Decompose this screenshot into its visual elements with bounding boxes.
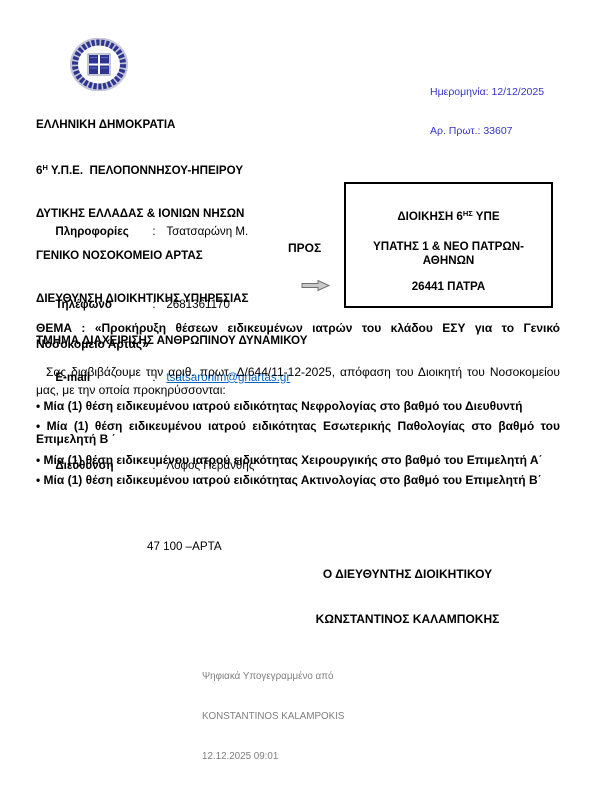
recipient-line-street: ΥΠΑΤΗΣ 1 & ΝΕΟ ΠΑΤΡΩΝ-ΑΘΗΝΩΝ xyxy=(346,240,551,268)
subject-paragraph: ΘΕΜΑ : «Προκήρυξη θέσεων ειδικευμένων ια… xyxy=(36,320,560,352)
document-page: Ημερομηνία: 12/12/2025 Αρ. Πρωτ.: 33607 … xyxy=(0,0,591,806)
signature-title: Ο ΔΙΕΥΘΥΝΤΗΣ ΔΙΟΙΚΗΤΙΚΟΥ xyxy=(255,567,560,581)
right-arrow-icon xyxy=(301,279,331,292)
protocol-number: Αρ. Πρωτ.: 33607 xyxy=(430,125,544,138)
phone-label: Τηλέφωνο xyxy=(55,298,152,313)
digital-signature-stamp: Ψηφιακά Υπογεγραμμένο από KONSTANTINOS K… xyxy=(202,644,344,789)
digital-signature-datetime: 12.12.2025 09:01 xyxy=(202,750,344,763)
signature-block: Ο ΔΙΕΥΘΥΝΤΗΣ ΔΙΟΙΚΗΤΙΚΟΥ ΚΩΝΣΤΑΝΤΙΝΟΣ ΚΑ… xyxy=(255,567,560,626)
document-date: Ημερομηνία: 12/12/2025 xyxy=(430,86,544,99)
header-line-republic: ΕΛΛΗΝΙΚΗ ΔΗΜΟΚΡΑΤΙΑ xyxy=(36,118,307,132)
position-item: Μία (1) θέση ειδικευμένου ιατρού ειδικότ… xyxy=(36,474,560,487)
postal-code: 47 100 –ΑΡΤΑ xyxy=(36,540,346,555)
recipient-address-box: ΔΙΟΙΚΗΣΗ 6ΗΣ ΥΠΕ ΥΠΑΤΗΣ 1 & ΝΕΟ ΠΑΤΡΩΝ-Α… xyxy=(344,182,553,308)
recipient-line-administration: ΔΙΟΙΚΗΣΗ 6ΗΣ ΥΠΕ xyxy=(346,207,551,224)
doc-meta: Ημερομηνία: 12/12/2025 Αρ. Πρωτ.: 33607 xyxy=(430,60,544,164)
header-line-ype: 6Η Υ.Π.Ε. ΠΕΛΟΠΟΝΝΗΣΟΥ-ΗΠΕΙΡΟΥ xyxy=(36,161,307,178)
greek-emblem-icon xyxy=(67,38,131,91)
pros-label: ΠΡΟΣ xyxy=(288,241,321,255)
position-item: Μία (1) θέση ειδικευμένου ιατρού ειδικότ… xyxy=(36,454,560,467)
signature-name: ΚΩΝΣΤΑΝΤΙΝΟΣ ΚΑΛΑΜΠΟΚΗΣ xyxy=(255,612,560,626)
info-label: Πληροφορίες xyxy=(55,225,152,240)
digital-signature-line: Ψηφιακά Υπογεγραμμένο από xyxy=(202,670,344,683)
phone-value: 2681361170 xyxy=(166,298,230,311)
info-value: Τσατσαρώνη Μ. xyxy=(166,225,248,238)
digital-signature-signer: KONSTANTINOS KALAMPOKIS xyxy=(202,710,344,723)
recipient-line-city: 26441 ΠΑΤΡΑ xyxy=(346,280,551,294)
positions-list: Μία (1) θέση ειδικευμένου ιατρού ειδικότ… xyxy=(36,400,560,494)
position-item: Μία (1) θέση ειδικευμένου ιατρού ειδικότ… xyxy=(36,420,560,446)
position-item: Μία (1) θέση ειδικευμένου ιατρού ειδικότ… xyxy=(36,400,560,413)
intro-paragraph: Σας διαβιβάζουμε την αριθ. πρωτ. Δ/644/1… xyxy=(36,364,560,399)
